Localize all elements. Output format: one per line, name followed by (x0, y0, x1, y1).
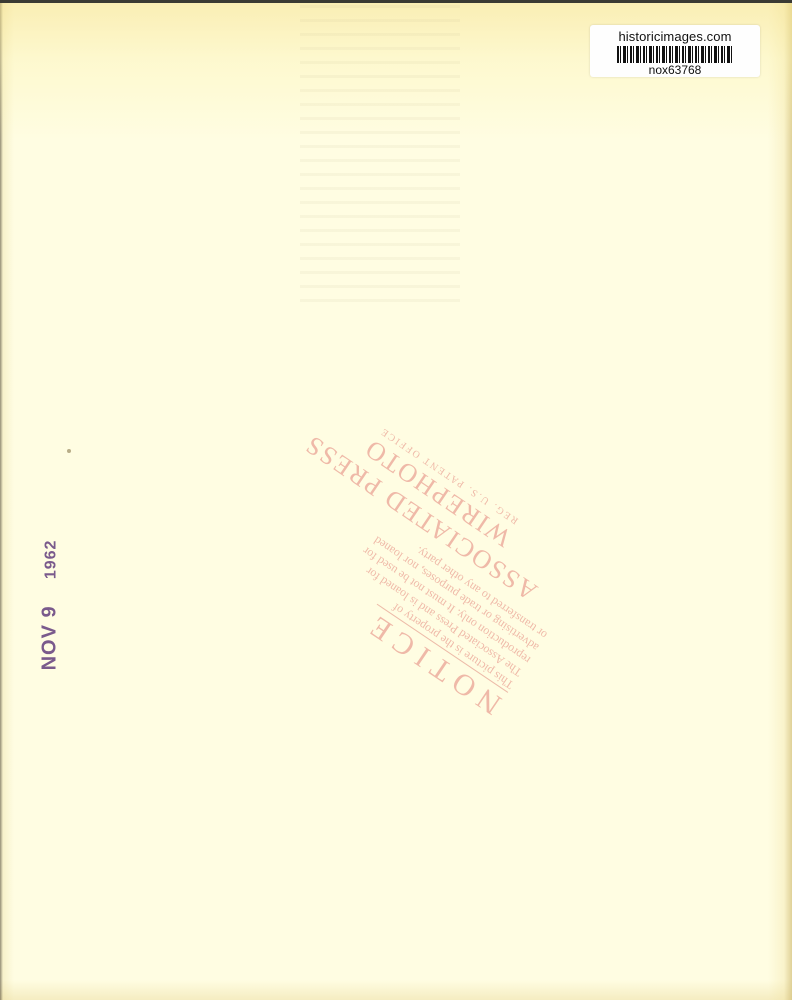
date-stamp-year: 1962 (43, 540, 60, 580)
paper-speck (67, 449, 71, 453)
label-site: historicimages.com (590, 29, 760, 44)
bleed-through-text (300, 5, 460, 305)
barcode-icon (617, 46, 733, 63)
scan-top-edge (0, 0, 792, 3)
date-stamp-date: NOV 9 (39, 605, 61, 670)
archive-label: historicimages.com nox63768 (590, 25, 760, 77)
label-code: nox63768 (590, 63, 760, 77)
date-stamp-text: NOV 9 1962 (39, 540, 62, 671)
date-stamp: NOV 9 1962 (20, 540, 80, 670)
